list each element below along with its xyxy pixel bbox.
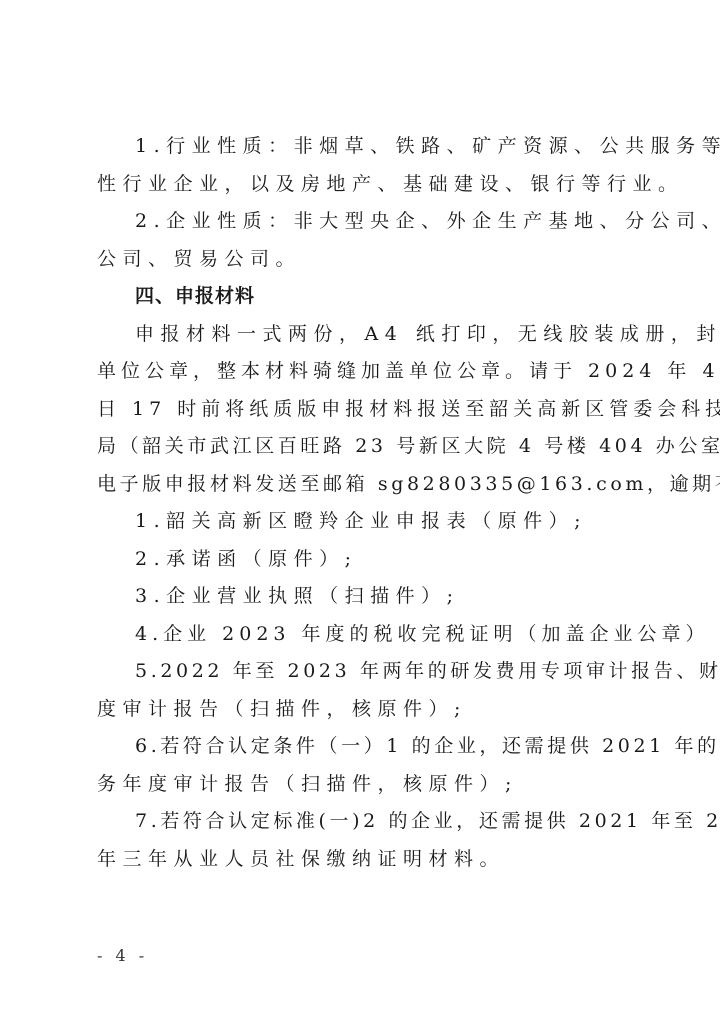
section-heading: 四、申报材料 <box>97 278 630 316</box>
list-item-industry-nature: 1.行业性质：非烟草、铁路、矿产资源、公共服务等垄断 <box>97 128 630 166</box>
material-item-5-cont: 度审计报告（扫描件，核原件）; <box>97 691 630 729</box>
body-paragraph-line: 电子版申报材料发送至邮箱 sg8280335@163.com，逾期不予受理。 <box>97 466 630 504</box>
body-paragraph-line: 局（韶关市武江区百旺路 23 号新区大院 4 号楼 404 办公室）， <box>97 428 630 466</box>
material-item-5: 5.2022 年至 2023 年两年的研发费用专项审计报告、财务年 <box>97 653 630 691</box>
list-item-industry-nature-cont: 性行业企业，以及房地产、基础建设、银行等行业。 <box>97 166 630 204</box>
material-item-7-cont: 年三年从业人员社保缴纳证明材料。 <box>97 841 630 879</box>
material-item-3: 3.企业营业执照（扫描件）; <box>97 578 630 616</box>
material-item-7: 7.若符合认定标准(一)2 的企业，还需提供 2021 年至 2023 <box>97 803 630 841</box>
body-paragraph-line: 申报材料一式两份，A4 纸打印，无线胶装成册，封面加盖 <box>97 316 630 354</box>
page-number: - 4 - <box>97 946 148 965</box>
material-item-4: 4.企业 2023 年度的税收完税证明（加盖企业公章） <box>97 616 630 654</box>
material-item-2: 2.承诺函（原件）; <box>97 541 630 579</box>
material-item-1: 1.韶关高新区瞪羚企业申报表（原件）; <box>97 503 630 541</box>
body-paragraph-line: 单位公章，整本材料骑缝加盖单位公章。请于 2024 年 4 月 16 <box>97 353 630 391</box>
body-paragraph-line: 日 17 时前将纸质版申报材料报送至韶关高新区管委会科技创新 <box>97 391 630 429</box>
list-item-enterprise-nature-cont: 公司、贸易公司。 <box>97 241 630 279</box>
material-item-6-cont: 务年度审计报告（扫描件，核原件）; <box>97 766 630 804</box>
document-page: 1.行业性质：非烟草、铁路、矿产资源、公共服务等垄断 性行业企业，以及房地产、基… <box>97 128 630 878</box>
material-item-6: 6.若符合认定条件（一）1 的企业，还需提供 2021 年的财 <box>97 728 630 766</box>
list-item-enterprise-nature: 2.企业性质：非大型央企、外企生产基地、分公司、销售 <box>97 203 630 241</box>
